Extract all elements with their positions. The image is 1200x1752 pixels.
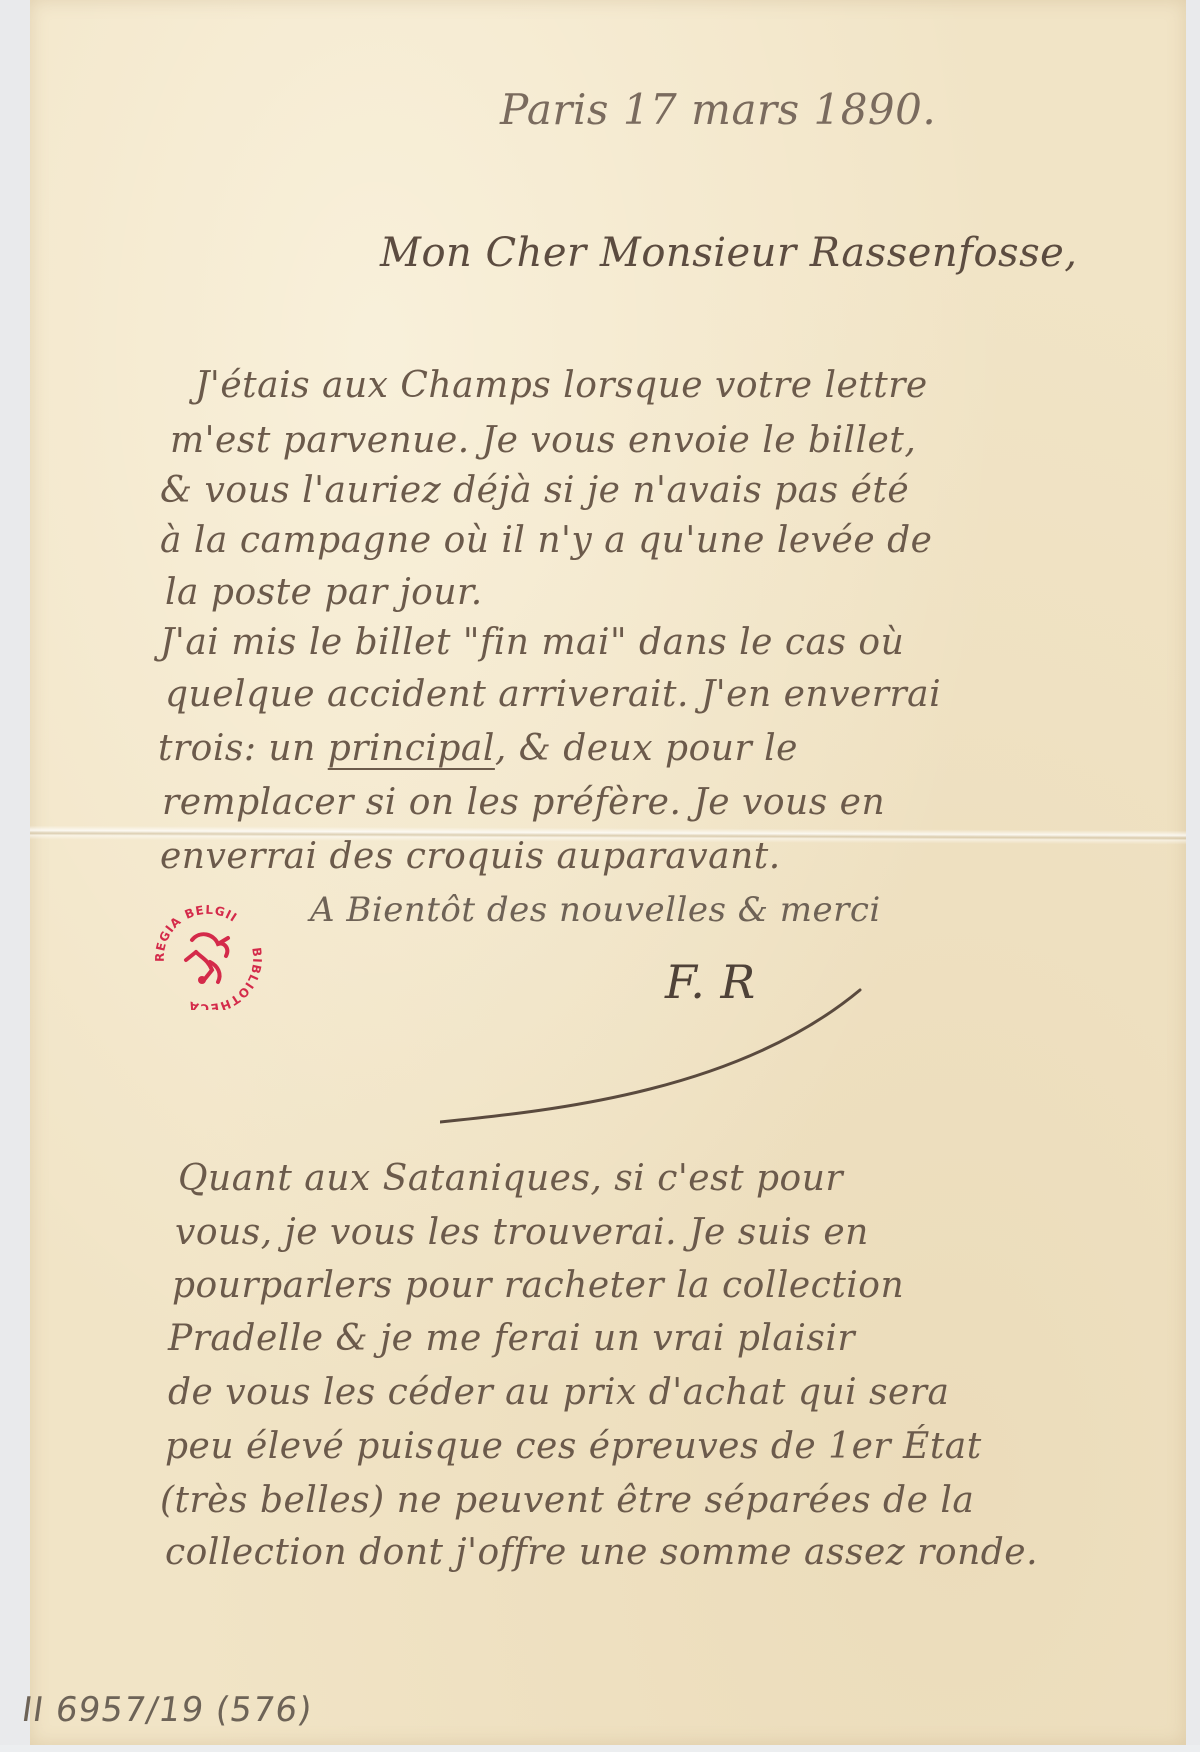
body-line: remplacer si on les préfère. Je vous en (162, 782, 885, 823)
body-line: enverrai des croquis auparavant. (160, 836, 781, 877)
postscript-line: Quant aux Sataniques, si c'est pour (178, 1158, 843, 1199)
postscript-line: collection dont j'offre une somme assez … (165, 1532, 1038, 1573)
body-line: J'étais aux Champs lorsque votre lettre (195, 365, 928, 406)
postscript-line: vous, je vous les trouverai. Je suis en (175, 1212, 869, 1253)
underlined-word: principal (328, 728, 495, 769)
postscript-line: Pradelle & je me ferai un vrai plaisir (168, 1318, 855, 1359)
salutation: Mon Cher Monsieur Rassenfosse, (380, 230, 1077, 276)
body-line: quelque accident arriverait. J'en enverr… (165, 674, 941, 715)
body-line: m'est parvenue. Je vous envoie le billet… (170, 420, 916, 461)
body-line: la poste par jour. (165, 572, 483, 613)
body-line: & vous l'auriez déjà si je n'avais pas é… (160, 470, 909, 511)
postscript-line: pourparlers pour racheter la collection (172, 1265, 904, 1306)
postscript-line: peu élevé puisque ces épreuves de 1er Ét… (165, 1426, 982, 1467)
library-stamp-icon: REGIA BELGII BIBLIOTHECA (152, 900, 262, 1010)
closing-line: A Bientôt des nouvelles & merci (310, 890, 881, 930)
shelfmark: II 6957/19 (576) (19, 1690, 315, 1730)
body-text: trois: un (158, 728, 328, 769)
body-line: J'ai mis le billet "fin mai" dans le cas… (160, 622, 904, 663)
body-text: , & deux pour le (495, 728, 798, 769)
scan-background-edge (0, 1745, 1200, 1752)
dateline: Paris 17 mars 1890. (500, 85, 936, 134)
postscript-line: (très belles) ne peuvent être séparées d… (160, 1480, 974, 1521)
postscript-line: de vous les céder au prix d'achat qui se… (168, 1372, 949, 1413)
signature-flourish (440, 980, 880, 1130)
body-line: trois: un principal, & deux pour le (158, 728, 798, 769)
body-line: à la campagne où il n'y a qu'une levée d… (160, 520, 932, 561)
